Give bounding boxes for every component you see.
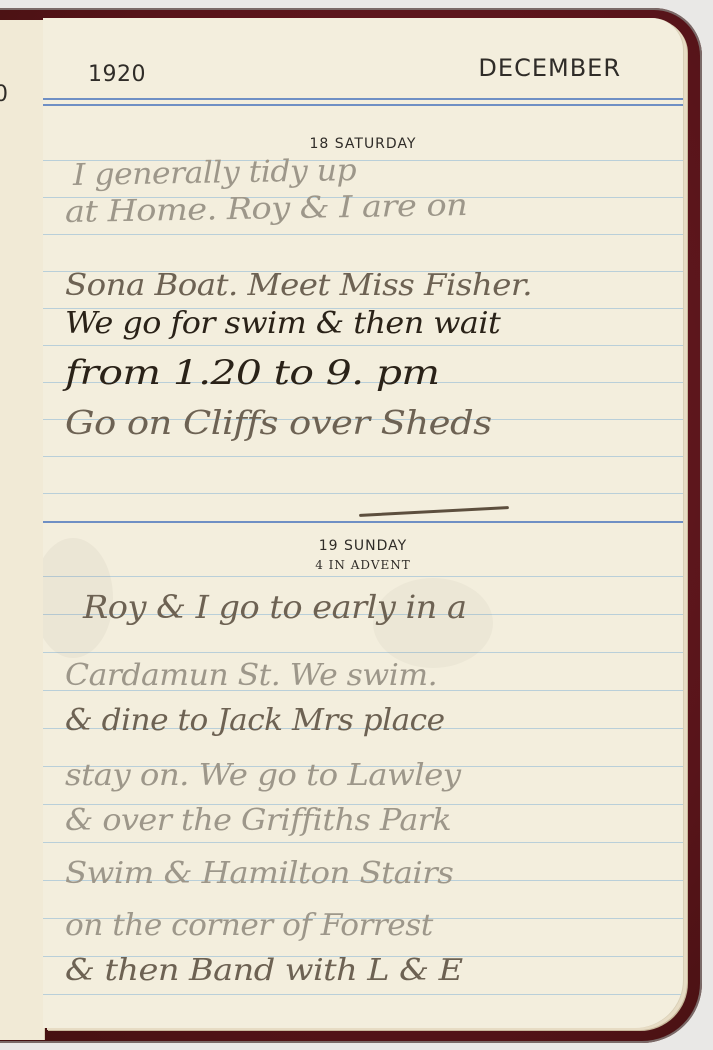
ruled-line [43,456,683,457]
diary-page: 1920 DECEMBER 18 SATURDAY I generally ti… [43,18,683,1028]
handwritten-line: from 1.20 to 9. pm [65,353,439,393]
handwritten-line: & dine to Jack Mrs place [65,703,445,738]
header-rule-top [43,98,683,100]
handwritten-line: & over the Griffiths Park [65,803,451,838]
handwritten-line: Sona Boat. Meet Miss Fisher. [65,268,532,303]
page-month: DECEMBER [478,54,621,82]
ruled-line [43,842,683,843]
handwritten-line: We go for swim & then wait [65,306,500,341]
page-year: 1920 [88,62,146,87]
day-divider-rule [43,521,683,523]
handwritten-line: Cardamun St. We swim. [65,658,437,693]
ruled-line [43,345,683,346]
handwritten-line: stay on. We go to Lawley [65,758,460,793]
ruled-line [43,234,683,235]
handwritten-line: I generally tidy up [73,153,357,193]
handwritten-line: & then Band with L & E [65,953,463,988]
header-rule-bottom [43,104,683,106]
handwritten-line: Go on Cliffs over Sheds [65,403,491,442]
previous-page-edge: 0 [0,20,45,1040]
ruled-line [43,576,683,577]
day-subheading-advent: 4 IN ADVENT [43,558,683,572]
handwritten-line: Swim & Hamilton Stairs [65,856,453,891]
day-heading-saturday: 18 SATURDAY [43,136,683,152]
previous-page-year-fragment: 0 [0,82,8,107]
entry-end-stroke [359,506,509,517]
ruled-line [43,994,683,995]
ruled-line [43,652,683,653]
handwritten-line: Roy & I go to early in a [83,588,466,626]
handwritten-line: at Home. Roy & I are on [65,188,468,230]
day-heading-sunday: 19 SUNDAY [43,538,683,554]
ruled-line [43,493,683,494]
handwritten-line: on the corner of Forrest [65,908,433,943]
